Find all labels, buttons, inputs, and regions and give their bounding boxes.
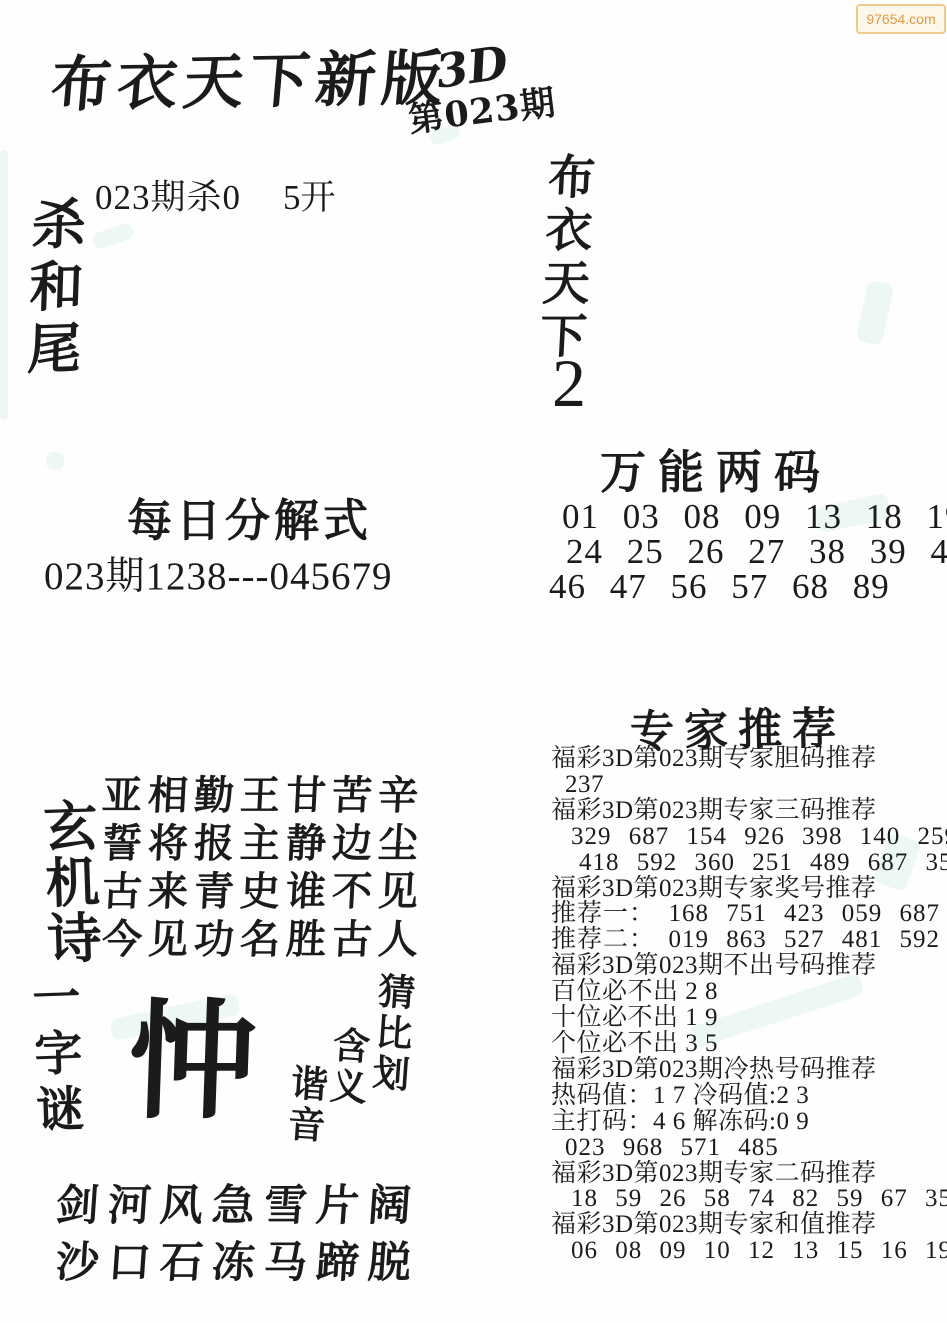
riddle-hint: 谐音 — [283, 1063, 326, 1147]
expert-line: 329 687 154 926 398 140 259 — [551, 824, 947, 850]
riddle-character: 忡 — [126, 998, 258, 1126]
lottery-prediction-sheet: 97654.com 布衣天下新版 3D 第023期 023期杀0 5开 杀和尾 … — [0, 0, 947, 1323]
brand-number: 2 — [552, 344, 586, 423]
expert-line: 十位必不出 1 9 — [551, 1005, 947, 1031]
expert-line: 福彩3D第023期专家三码推荐 — [551, 798, 947, 824]
riddle-hint: 含义 — [325, 1025, 368, 1109]
bottom-poem: 剑河风急雪片阔 沙口石冻马蹄脱 — [56, 1178, 420, 1292]
mystery-poem-title: 玄机诗 — [39, 797, 99, 967]
brand-vertical-label: 布衣天下 — [534, 152, 592, 364]
kill-number-line: 023期杀0 — [95, 170, 241, 220]
daily-formula-value: 023期1238---045679 — [44, 545, 392, 601]
two-codes-row: 01 03 08 09 13 18 19? — [562, 497, 947, 537]
expert-line: 热码值：1 7 冷码值:2 3 — [551, 1083, 947, 1109]
expert-line: 个位必不出 3 5 — [551, 1031, 947, 1057]
expert-line: 06 08 09 10 12 13 15 16 19 — [551, 1238, 947, 1264]
kill-sum-tail-vertical-label: 杀和尾 — [23, 195, 83, 383]
bottom-poem-line: 沙口石冻马蹄脱 — [54, 1235, 422, 1292]
expert-line: 237 — [551, 772, 947, 798]
expert-line: 18 59 26 58 74 82 59 67 35 — [551, 1186, 947, 1212]
watermark-smudge — [0, 150, 8, 420]
page-title: 布衣天下新版 — [48, 31, 452, 124]
riddle-hint: 猜比划 — [368, 971, 413, 1096]
mystery-poem-line: 亚相勤王甘苦辛 — [101, 772, 434, 820]
site-badge: 97654.com — [856, 4, 946, 34]
bottom-poem-line: 剑河风急雪片阔 — [54, 1178, 422, 1235]
one-char-riddle-title: 一字谜 — [27, 971, 81, 1141]
expert-line: 福彩3D第023期冷热号码推荐 — [551, 1057, 947, 1083]
universal-two-codes-title: 万能两码 — [600, 436, 832, 502]
expert-line: 418 592 360 251 489 687 359 — [551, 850, 947, 876]
open-number-label: 5开 — [283, 170, 336, 220]
expert-line: 百位必不出 2 8 — [551, 979, 947, 1005]
two-codes-row: 46 47 56 57 68 89 — [549, 567, 890, 607]
watermark-smudge — [46, 452, 64, 470]
watermark-smudge — [856, 280, 894, 346]
expert-recommendations-list: 福彩3D第023期专家胆码推荐 237 福彩3D第023期专家三码推荐 329 … — [551, 746, 947, 1264]
expert-line: 主打码：4 6 解冻码:0 9 — [551, 1109, 947, 1135]
two-codes-row: 24 25 26 27 38 39 45? — [566, 532, 947, 572]
expert-line: 福彩3D第023期专家和值推荐 — [551, 1212, 947, 1238]
daily-formula-title: 每日分解式 — [127, 484, 372, 549]
mystery-poem-line: 古来青史谁不见 — [101, 868, 434, 916]
mystery-poem-line: 誓将报主静边尘 — [101, 820, 434, 868]
expert-line: 福彩3D第023期专家奖号推荐 — [551, 876, 947, 902]
watermark-smudge — [91, 222, 136, 250]
expert-line: 023 968 571 485 — [551, 1135, 947, 1161]
expert-line: 推荐二： 019 863 527 481 592 — [551, 927, 947, 953]
expert-line: 福彩3D第023期专家胆码推荐 — [551, 746, 947, 772]
mystery-poem-line: 今见功名胜古人 — [101, 916, 434, 964]
expert-line: 推荐一： 168 751 423 059 687 — [551, 901, 947, 927]
expert-line: 福彩3D第023期专家二码推荐 — [551, 1161, 947, 1187]
expert-line: 福彩3D第023期不出号码推荐 — [551, 953, 947, 979]
mystery-poem: 亚相勤王甘苦辛 誓将报主静边尘 古来青史谁不见 今见功名胜古人 — [102, 772, 432, 964]
